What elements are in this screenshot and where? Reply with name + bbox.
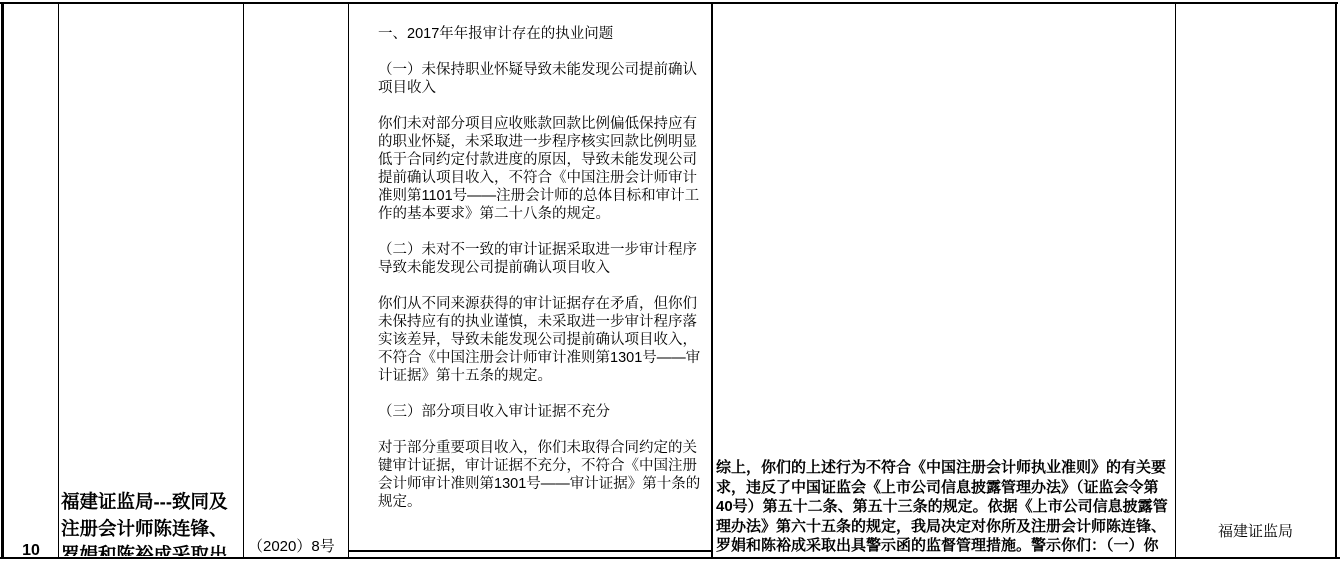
table-right-border <box>1335 2 1337 559</box>
table-bottom-edge <box>0 557 1340 559</box>
column-divider-decision <box>1175 3 1176 559</box>
column-divider-problem <box>711 3 713 559</box>
authority-cell: 福建证监局 <box>1176 523 1335 541</box>
problem-cell-bottom-border <box>349 550 711 552</box>
table-top-border <box>0 2 1338 4</box>
document-number-cell: （2020）8号 <box>248 538 358 556</box>
column-divider-number <box>58 3 59 559</box>
table-left-border <box>1 2 4 559</box>
regulatory-table-page: 10 福建证监局---致同及 注册会计师陈连锋、 罗娟和陈裕成采取出 （2020… <box>0 0 1340 568</box>
column-divider-docnum <box>348 3 349 559</box>
table-row: 10 福建证监局---致同及 注册会计师陈连锋、 罗娟和陈裕成采取出 （2020… <box>0 0 1340 556</box>
case-title-cell: 福建证监局---致同及 注册会计师陈连锋、 罗娟和陈裕成采取出 <box>61 489 261 556</box>
column-divider-title <box>243 3 244 559</box>
decision-text-cell: 综上，你们的上述行为不符合《中国注册会计师执业准则》的有关要 求，违反了中国证监… <box>716 458 1176 556</box>
problem-description-cell: 一、2017年年报审计存在的执业问题 （一）未保持职业怀疑导致未能发现公司提前确… <box>378 25 723 511</box>
row-number-cell: 10 <box>4 542 58 556</box>
